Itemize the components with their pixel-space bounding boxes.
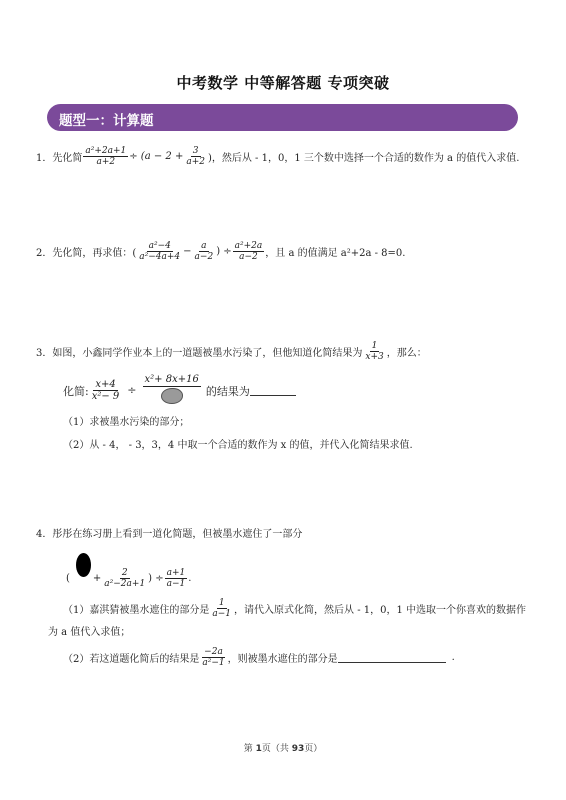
question-2: 2． 先化简，再求值：( a²−4a²−4a+4 − aa−2 ) ÷ a²+2… bbox=[36, 241, 405, 263]
question-number: 2． bbox=[36, 244, 52, 259]
question-text: （1）嘉淇猜被墨水遮住的部分是 bbox=[63, 601, 209, 616]
ink-blot-gray bbox=[159, 387, 185, 408]
fraction: a+1a−1 bbox=[165, 568, 188, 590]
question-3: 3． 如图，小鑫同学作业本上的一道题被墨水污染了，但他知道化简结果为 1x+3 … bbox=[36, 341, 427, 363]
question-text: 如图，小鑫同学作业本上的一道题被墨水污染了，但他知道化简结果为 bbox=[52, 344, 362, 359]
operator-text: ) ÷ bbox=[148, 573, 163, 584]
question-number: 1． bbox=[36, 149, 52, 164]
fraction: aa−2 bbox=[193, 241, 216, 263]
numerator: a²+2a+1 bbox=[83, 146, 128, 157]
footer-text: 第 bbox=[244, 744, 256, 754]
denominator: a−1 bbox=[165, 579, 188, 589]
answer-blank[interactable] bbox=[250, 385, 296, 396]
question-4-part-2: （2）若这道题化简后的结果是 −2aa²−1 ，则被墨水遮住的部分是 . bbox=[63, 647, 455, 669]
numerator: 3 bbox=[191, 146, 201, 157]
footer-text: 页（共 bbox=[262, 744, 292, 754]
question-text: )，然后从 - 1，0，1 三个数中选择一个合适的数作为 a 的值代入求值. bbox=[208, 149, 519, 164]
operator-text: ÷ (a − 2 + bbox=[129, 151, 183, 162]
question-4: 4． 彤彤在练习册上看到一道化简题，但被墨水遮住了一部分 bbox=[36, 525, 302, 540]
question-1: 1． 先化简 a²+2a+1a+2 ÷ (a − 2 + 3a+2 )，然后从 … bbox=[36, 146, 519, 168]
fraction: 2a²−2a+1 bbox=[102, 568, 147, 590]
fraction: 1x+3 bbox=[363, 341, 385, 363]
fraction: x+4x²− 9 bbox=[90, 379, 122, 403]
answer-blank[interactable] bbox=[338, 652, 446, 663]
denominator: x+3 bbox=[363, 352, 385, 362]
operator-text: ) ÷ bbox=[216, 246, 231, 257]
ink-blot-icon bbox=[76, 553, 91, 577]
denominator: a−1 bbox=[210, 609, 233, 619]
section-label: 题型一：计算题 bbox=[59, 109, 154, 129]
question-text: . bbox=[452, 652, 455, 663]
denominator: a+2 bbox=[94, 157, 117, 167]
fraction: a²+2a+1a+2 bbox=[83, 146, 128, 168]
numerator: 2 bbox=[120, 568, 130, 579]
denominator: a+2 bbox=[184, 157, 207, 167]
numerator: 1 bbox=[217, 598, 227, 609]
question-text: ，则被墨水遮住的部分是 bbox=[228, 650, 338, 665]
question-4-part-1-cont: 为 a 值代入求值； bbox=[48, 623, 130, 638]
page-total: 93 bbox=[292, 744, 305, 754]
fraction: x²+ 8x+16 bbox=[143, 374, 201, 407]
question-4-part-1: （1）嘉淇猜被墨水遮住的部分是 1a−1 ，请代入原式化简，然后从 - 1，0，… bbox=[63, 598, 526, 620]
operator-text: − bbox=[183, 246, 191, 257]
operator-text: ( bbox=[66, 573, 70, 584]
numerator: 1 bbox=[370, 341, 380, 352]
question-number: 3． bbox=[36, 344, 52, 359]
operator-text: ÷ bbox=[127, 384, 136, 397]
numerator: a bbox=[199, 241, 208, 252]
denominator: a²−4a+4 bbox=[137, 252, 182, 262]
question-text: 彤彤在练习册上看到一道化简题，但被墨水遮住了一部分 bbox=[52, 525, 302, 540]
question-text: ，请代入原式化简，然后从 - 1，0，1 中选取一个你喜欢的数据作 bbox=[234, 601, 526, 616]
question-number: 4． bbox=[36, 525, 52, 540]
numerator: a+1 bbox=[165, 568, 188, 579]
numerator: a²−4 bbox=[147, 241, 173, 252]
denominator: a²−1 bbox=[200, 658, 226, 668]
fraction: a²−4a²−4a+4 bbox=[137, 241, 182, 263]
question-3-part-1: （1）求被墨水污染的部分； bbox=[63, 413, 189, 428]
numerator: a²+2a bbox=[233, 241, 265, 252]
fraction: 1a−1 bbox=[210, 598, 233, 620]
operator-text: . bbox=[188, 573, 191, 584]
question-text: 的结果为 bbox=[206, 383, 250, 399]
question-3-part-2: （2）从 - 4， - 3，3，4 中取一个合适的数作为 x 的值，并代入化简结… bbox=[63, 436, 413, 451]
numerator: −2a bbox=[202, 647, 225, 658]
question-4-figure: ( + 2a²−2a+1 ) ÷ a+1a−1 . bbox=[66, 546, 191, 590]
fraction: 3a+2 bbox=[184, 146, 207, 168]
document-title: 中考数学 中等解答题 专项突破 bbox=[0, 72, 566, 93]
page-footer: 第 1页（共 93页） bbox=[0, 741, 566, 754]
question-text: 先化简 bbox=[52, 149, 82, 164]
denominator: x²− 9 bbox=[90, 391, 122, 403]
fraction: a²+2aa−2 bbox=[233, 241, 265, 263]
ink-stain-icon bbox=[161, 388, 183, 404]
denominator: a²−2a+1 bbox=[102, 579, 147, 589]
operator-text: + bbox=[93, 573, 101, 584]
question-text: （2）若这道题化简后的结果是 bbox=[63, 650, 199, 665]
footer-text: 页） bbox=[304, 744, 322, 754]
question-text: 先化简，再求值：( bbox=[52, 244, 136, 259]
question-text: 化简: bbox=[63, 383, 89, 399]
denominator: a−2 bbox=[193, 252, 216, 262]
question-3-figure: 化简: x+4x²− 9 ÷ x²+ 8x+16 的结果为 bbox=[63, 374, 296, 407]
numerator: x²+ 8x+16 bbox=[143, 374, 201, 387]
numerator: x+4 bbox=[93, 379, 117, 392]
fraction: −2aa²−1 bbox=[200, 647, 226, 669]
question-text: ，且 a 的值满足 a²+2a - 8=0. bbox=[265, 244, 405, 259]
section-header: 题型一：计算题 bbox=[47, 104, 518, 131]
question-text: ，那么： bbox=[387, 344, 427, 359]
denominator: a−2 bbox=[237, 252, 260, 262]
